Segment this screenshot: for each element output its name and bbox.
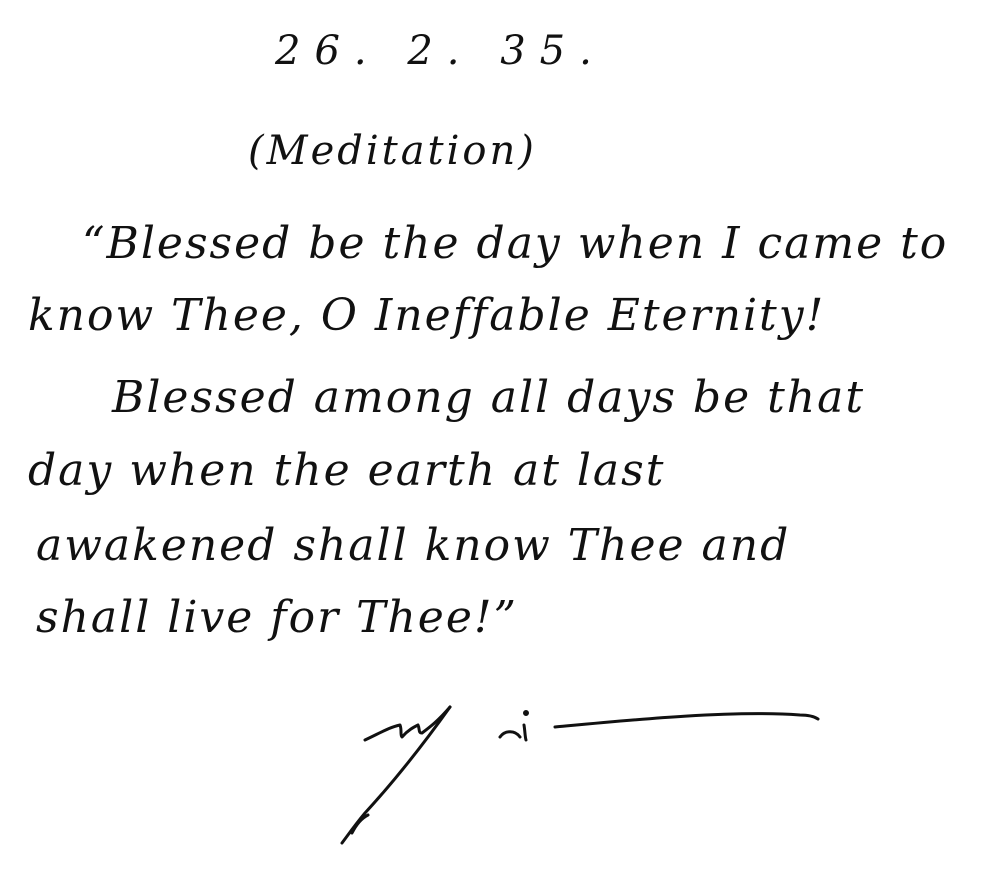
note-line-2: know Thee, O Ineffable Eternity! xyxy=(28,290,825,341)
note-subtitle: (Meditation) xyxy=(248,128,537,174)
note-line-6: shall live for Thee!” xyxy=(36,592,518,643)
note-line-4: day when the earth at last xyxy=(28,445,665,496)
note-line-1: “Blessed be the day when I came to xyxy=(82,218,948,269)
note-date: 26. 2. 35. xyxy=(275,28,606,74)
signature-icon xyxy=(330,695,850,845)
note-line-3: Blessed among all days be that xyxy=(112,372,865,423)
note-line-5: awakened shall know Thee and xyxy=(36,520,790,571)
